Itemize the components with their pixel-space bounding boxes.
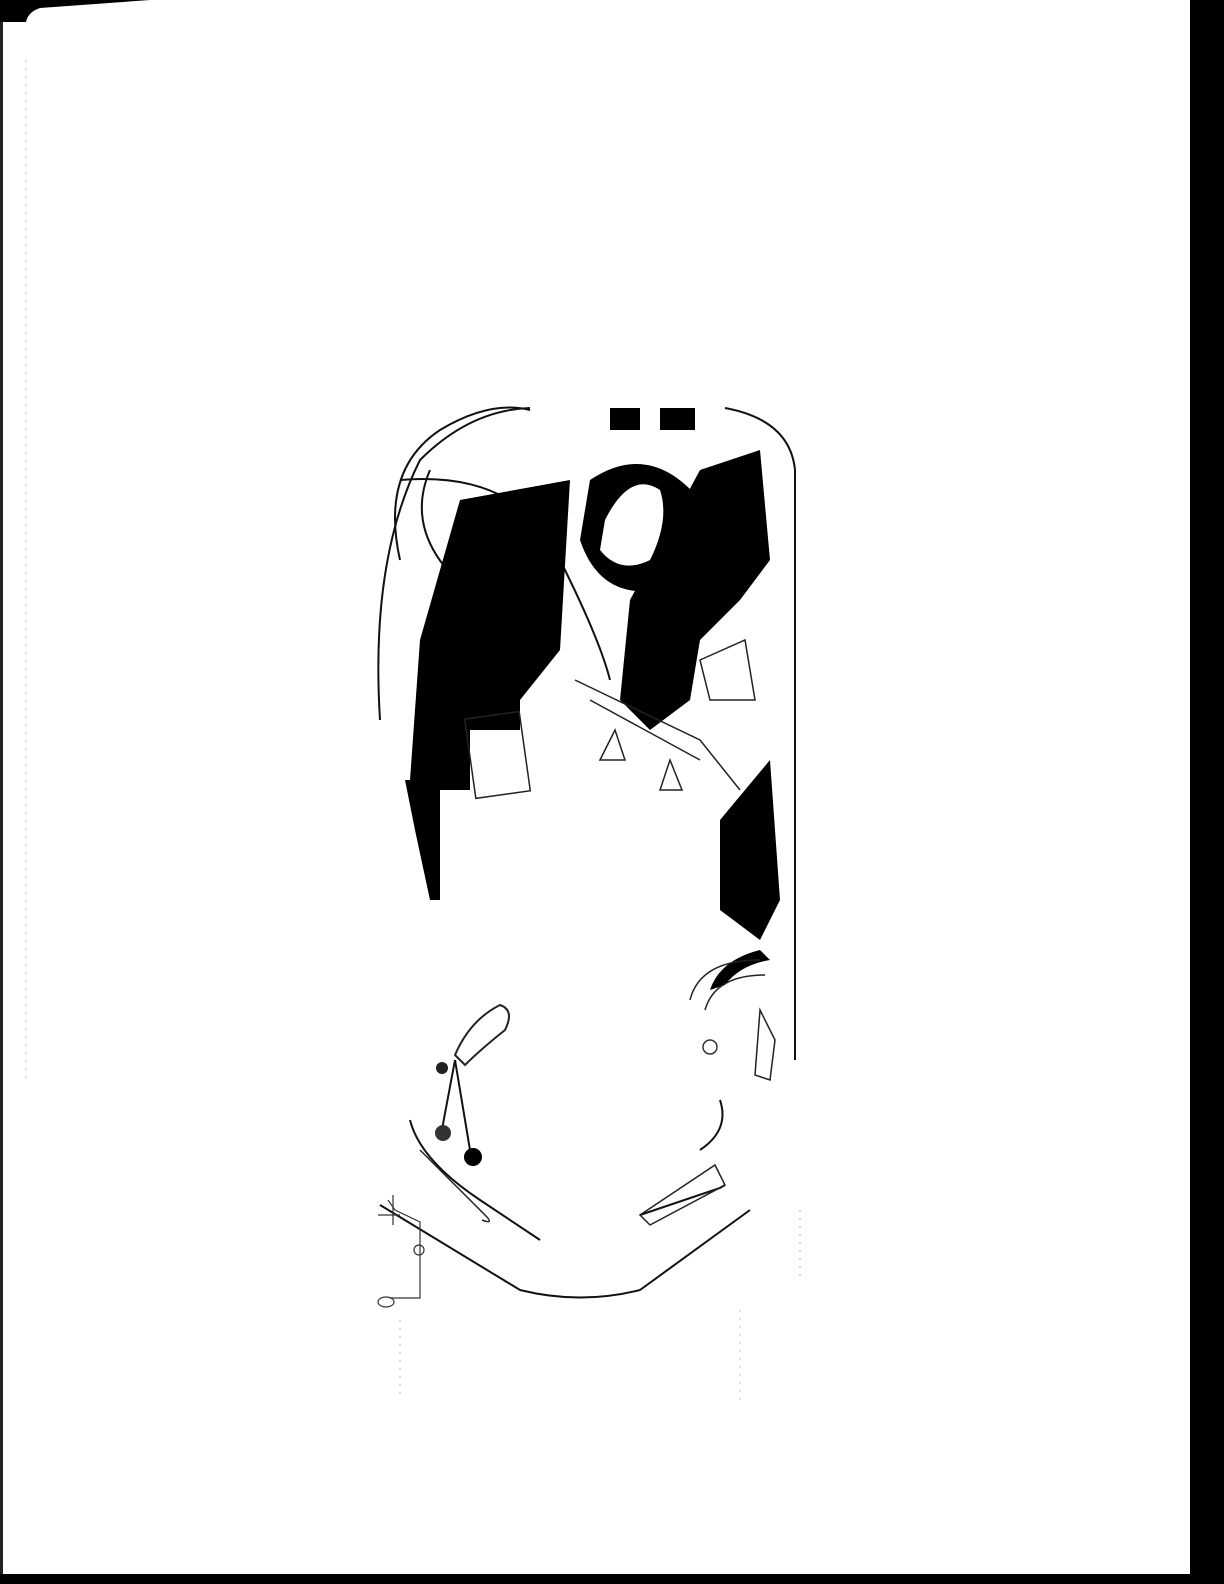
scan-artifacts — [26, 60, 800, 1400]
slingshot-and-posts — [414, 1005, 717, 1255]
playfield-drawing — [0, 0, 1224, 1584]
scanned-page — [0, 0, 1224, 1584]
ramp-assemblies — [405, 408, 780, 990]
